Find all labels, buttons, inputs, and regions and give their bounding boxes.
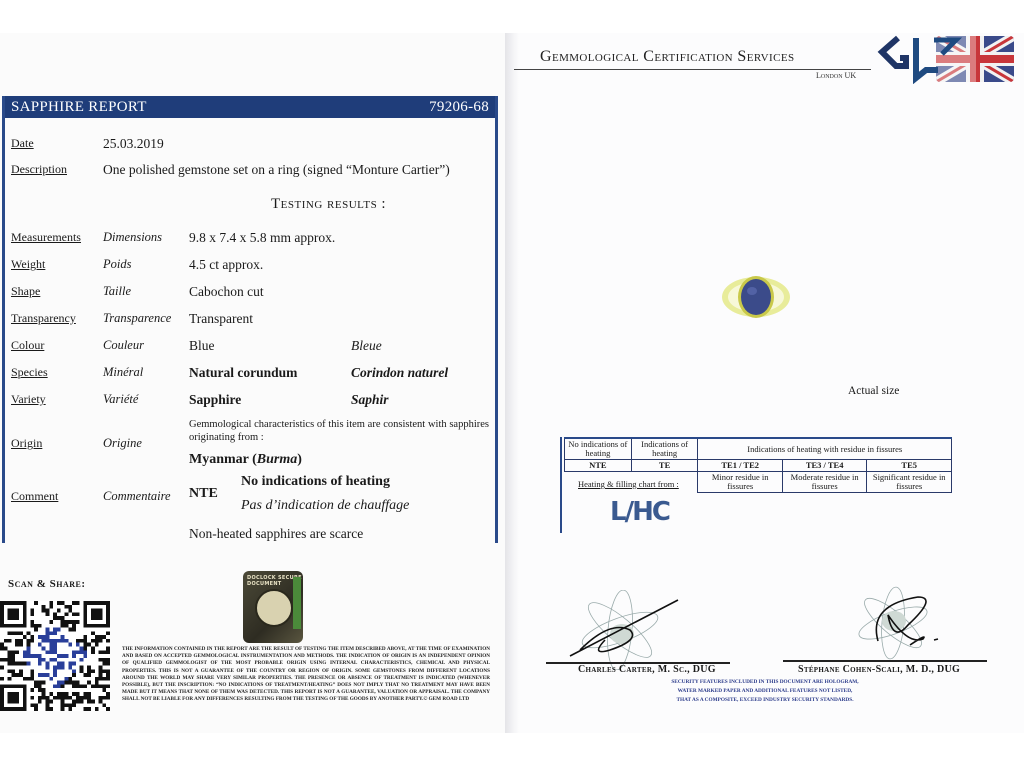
scan-share-label: Scan & Share: [8, 578, 86, 590]
security-note: Security features included in this docum… [600, 678, 930, 705]
comment-french: Commentaire [103, 489, 171, 504]
result-value: Sapphire [189, 392, 241, 408]
signer-right-name: Stéphane Cohen-Scali, M. D., DUG [798, 664, 960, 675]
result-value-french: Saphir [351, 392, 389, 408]
lab-name: Gemmological Certification Services [540, 48, 794, 66]
signature-line-right [783, 660, 987, 662]
photo-caption: Actual size [848, 385, 899, 397]
result-french-label: Couleur [103, 338, 144, 353]
result-label: Weight [11, 257, 45, 272]
result-value: Natural corundum [189, 365, 297, 381]
heat-desc-minor: Minor residue in fissures [698, 472, 782, 493]
comment-note: Non-heated sapphires are scarce [189, 526, 363, 542]
seal-strip [293, 577, 301, 629]
heat-code-nte: NTE [565, 460, 632, 472]
comment-code: NTE [189, 486, 218, 502]
origin-country-alt: Burma [257, 452, 297, 467]
chart-source-label: Heating & filling chart from : [578, 479, 679, 489]
comment-text: No indications of heating [241, 474, 390, 490]
heat-code-te3-te4: TE3 / TE4 [782, 460, 867, 472]
origin-french: Origine [103, 436, 142, 451]
disclaimer-text: The information contained in the report … [122, 646, 490, 704]
qr-code-icon[interactable] [0, 598, 110, 714]
result-value: Cabochon cut [189, 284, 264, 300]
heat-desc-significant: Significant residue in fissures [867, 472, 952, 493]
result-french-label: Minéral [103, 365, 143, 380]
description-label: Description [11, 162, 67, 177]
result-french-label: Transparence [103, 311, 171, 326]
result-french-label: Poids [103, 257, 131, 272]
result-value: 9.8 x 7.4 x 5.8 mm approx. [189, 230, 335, 246]
result-french-label: Taille [103, 284, 131, 299]
result-value-french: Bleue [351, 338, 382, 354]
security-note-line-3: that as a composite, exceed industry sec… [600, 696, 930, 705]
origin-label: Origin [11, 436, 42, 451]
heat-head-te: Indications of heating [631, 438, 698, 460]
comment-label: Comment [11, 489, 58, 504]
page-fold [505, 33, 519, 733]
heat-code-te1-te2: TE1 / TE2 [698, 460, 782, 472]
date-value: 25.03.2019 [103, 136, 164, 152]
result-value: 4.5 ct approx. [189, 257, 263, 273]
origin-country: Myanmar (Burma) [189, 452, 302, 468]
result-value: Blue [189, 338, 215, 354]
result-value-french: Corindon naturel [351, 365, 448, 381]
result-label: Measurements [11, 230, 81, 245]
result-label: Shape [11, 284, 40, 299]
report-header: SAPPHIRE REPORT 79206-68 [5, 96, 495, 118]
lab-location: London UK [816, 71, 856, 80]
signature-charles-carter-icon [560, 590, 680, 670]
heating-chart: No indications of heating Indications of… [560, 437, 952, 533]
lab-name-underline [514, 69, 871, 70]
security-note-line-1: Security features included in this docum… [600, 678, 930, 687]
result-label: Species [11, 365, 48, 380]
heat-code-te5: TE5 [867, 460, 952, 472]
report-title: SAPPHIRE REPORT [11, 99, 147, 116]
result-french-label: Dimensions [103, 230, 162, 245]
sapphire-ring-photo [721, 274, 791, 320]
comment-text-french: Pas d’indication de chauffage [241, 498, 409, 514]
result-label: Colour [11, 338, 44, 353]
date-label: Date [11, 136, 34, 151]
heat-code-te: TE [631, 460, 698, 472]
result-label: Variety [11, 392, 46, 407]
seal-emblem [255, 589, 293, 627]
heat-head-nte: No indications of heating [565, 438, 632, 460]
origin-country-name: Myanmar [189, 452, 249, 467]
heat-head-residue: Indications of heating with residue in f… [698, 438, 952, 460]
lmhc-logo-icon: L/HC [610, 497, 669, 527]
signature-stephane-cohen-scali-icon [838, 585, 958, 665]
signer-left-name: Charles Carter, M. Sc., DUG [578, 664, 716, 675]
origin-text: Gemmological characteristics of this ite… [189, 418, 489, 444]
description-value: One polished gemstone set on a ring (sig… [103, 162, 450, 178]
result-value: Transparent [189, 311, 253, 327]
result-label: Transparency [11, 311, 76, 326]
report-number: 79206-68 [429, 99, 489, 116]
gcs-union-jack-logo-icon [876, 34, 1016, 84]
security-note-line-2: water marked paper and additional featur… [600, 687, 930, 696]
result-french-label: Variété [103, 392, 138, 407]
doclock-secure-document-hologram-icon: DOCLOCK SECURE DOCUMENT [243, 571, 303, 643]
heat-desc-moderate: Moderate residue in fissures [782, 472, 867, 493]
sapphire-report-panel: SAPPHIRE REPORT 79206-68 Date 25.03.2019… [2, 96, 498, 543]
testing-results-heading: Testing results : [271, 196, 386, 213]
